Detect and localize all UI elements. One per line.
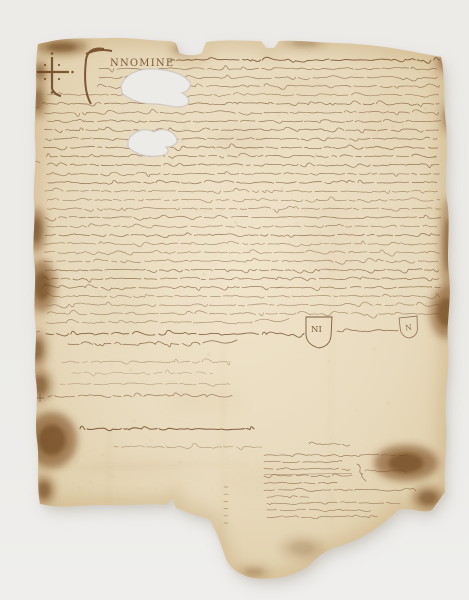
water-stain-core (290, 541, 314, 554)
speckle (71, 327, 75, 331)
speckle (271, 233, 272, 234)
speckle (420, 101, 421, 102)
speckle (395, 257, 396, 258)
water-stain-core (34, 272, 49, 301)
notary-shield-1-monogram: NI (311, 325, 322, 335)
speckle (155, 489, 157, 491)
speckle (234, 220, 238, 224)
speckle (275, 423, 278, 426)
speckle (178, 460, 182, 464)
mottle-patch (167, 386, 243, 414)
speckle (264, 281, 266, 283)
speckle (293, 479, 294, 480)
speckle (227, 169, 229, 171)
speckle (110, 362, 114, 366)
mottle-patch (90, 250, 150, 350)
speckle (350, 261, 352, 263)
speckle (210, 344, 213, 347)
speckle (354, 151, 357, 154)
water-stain-core (38, 425, 66, 456)
speckle (325, 161, 328, 164)
water-stain-core (245, 568, 263, 576)
speckle (273, 132, 275, 134)
water-stain-core (48, 43, 77, 52)
speckle (50, 231, 51, 232)
speckle (46, 401, 49, 404)
speckle (183, 126, 187, 130)
speckle (53, 332, 56, 335)
speckle (388, 213, 389, 214)
speckle (78, 151, 79, 152)
photo-backdrop: NNOMINE NI N (0, 0, 469, 600)
speckle (440, 159, 443, 162)
speckle (101, 453, 104, 456)
speckle (99, 246, 100, 247)
speckle (424, 107, 428, 111)
water-stain-core (36, 65, 45, 78)
speckle (255, 179, 257, 181)
speckle (355, 266, 357, 268)
speckle (365, 447, 368, 450)
speckle (140, 236, 143, 239)
speckle (370, 412, 374, 416)
speckle (236, 308, 239, 311)
water-stain-core (419, 491, 437, 504)
speckle (295, 221, 299, 225)
speckle (110, 474, 114, 478)
water-stain-core (32, 341, 43, 360)
speckle (202, 272, 206, 276)
speckle (321, 401, 322, 402)
speckle (149, 439, 153, 443)
mottle-patch (300, 200, 360, 280)
speckle (302, 352, 303, 353)
water-stain-core (33, 90, 43, 110)
parchment-sheet: NNOMINE NI N (26, 37, 462, 579)
speckle (113, 337, 116, 340)
speckle (400, 140, 402, 142)
speckle (357, 237, 359, 239)
speckle (288, 104, 291, 107)
water-stain-core (31, 218, 42, 242)
mottle-patch (355, 85, 405, 155)
speckle (307, 149, 308, 150)
water-stain-core (33, 376, 46, 394)
speckle (192, 207, 193, 208)
speckle (123, 282, 127, 286)
speckle (89, 480, 92, 483)
water-stain-core (388, 453, 423, 473)
speckle (78, 224, 80, 226)
speckle (134, 472, 137, 475)
speckle (109, 271, 111, 273)
speckle (375, 131, 379, 135)
speckle (400, 359, 404, 363)
manuscript-photo: NNOMINE NI N (0, 0, 469, 600)
speckle (226, 257, 228, 259)
speckle (356, 409, 358, 411)
speckle (315, 361, 316, 362)
mottle-patch (260, 76, 340, 104)
speckle (314, 153, 316, 155)
water-stain-core (293, 40, 317, 47)
speckle (250, 395, 251, 396)
speckle (114, 56, 115, 57)
speckle (164, 253, 166, 255)
speckle (187, 450, 191, 454)
speckle (435, 42, 439, 46)
speckle (415, 434, 418, 437)
speckle (204, 433, 208, 437)
mottle-patch (220, 462, 300, 498)
speckle (322, 388, 324, 390)
water-stain-core (38, 482, 50, 497)
speckle (324, 250, 326, 252)
speckle (283, 359, 287, 363)
speckle (382, 192, 384, 194)
speckle (280, 187, 284, 191)
speckle (328, 360, 330, 362)
speckle (99, 421, 101, 423)
speckle (73, 215, 76, 218)
speckle (78, 486, 81, 489)
speckle (344, 239, 345, 240)
speckle (308, 50, 311, 53)
speckle (155, 229, 158, 232)
speckle (239, 125, 241, 127)
speckle (158, 438, 160, 440)
speckle (330, 215, 332, 217)
speckle (382, 281, 383, 282)
speckle (365, 400, 366, 401)
speckle (102, 393, 103, 394)
speckle (392, 267, 394, 269)
speckle (394, 237, 397, 240)
speckle (241, 180, 244, 183)
speckle (48, 196, 51, 199)
speckle (226, 456, 229, 459)
water-stain (171, 44, 195, 54)
speckle (277, 114, 281, 118)
speckle (430, 252, 431, 253)
speckle (386, 401, 390, 405)
speckle (341, 429, 344, 432)
speckle (342, 247, 346, 251)
speckle (129, 368, 133, 372)
speckle (236, 96, 239, 99)
speckle (131, 419, 135, 423)
speckle (207, 352, 211, 356)
speckle (372, 347, 376, 351)
speckle (374, 325, 375, 326)
invocation-word: NNOMINE (110, 58, 174, 69)
speckle (236, 127, 238, 129)
speckle (403, 262, 404, 263)
speckle (344, 246, 345, 247)
speckle (235, 166, 237, 168)
speckle (391, 125, 395, 129)
speckle (421, 134, 422, 135)
speckle (216, 443, 219, 446)
speckle (75, 460, 78, 463)
